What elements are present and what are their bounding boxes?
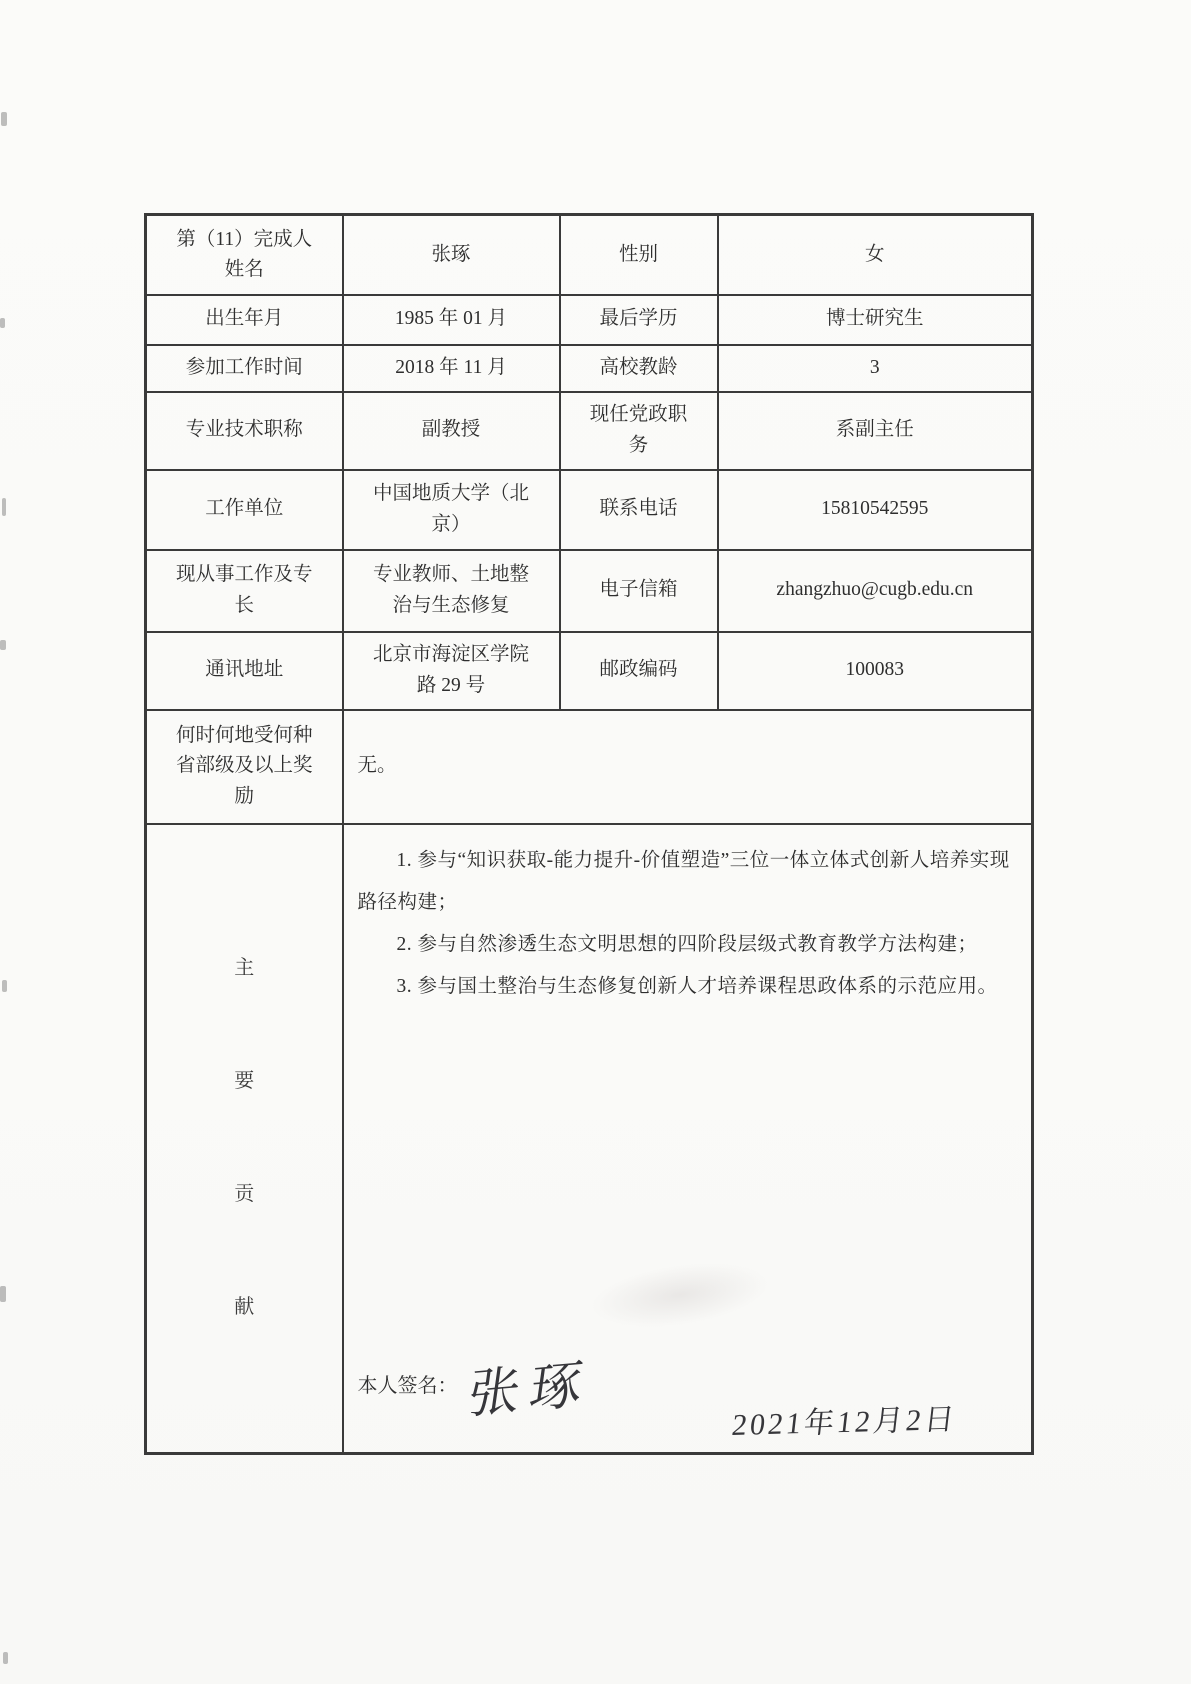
scan-artifact: [0, 318, 5, 328]
current-work-value: 专业教师、土地整治与生态修复: [343, 550, 560, 632]
main-contribution-label-stack: 主 要 贡 献: [147, 953, 342, 1323]
scanned-page: 第（11）完成人姓名 张琢 性别 女 出生年月 1985 年 01 月 最后学历…: [0, 0, 1191, 1684]
main-contribution-cell: 1. 参与“知识获取-能力提升-价值塑造”三位一体立体式创新人培养实现路径构建；…: [343, 824, 1033, 1454]
work-start-value: 2018 年 11 月: [343, 345, 560, 392]
scan-artifact: [2, 498, 6, 516]
scan-artifact: [0, 640, 6, 650]
table-row: 出生年月 1985 年 01 月 最后学历 博士研究生: [146, 295, 1033, 345]
contribution-text: 1. 参与“知识获取-能力提升-价值塑造”三位一体立体式创新人培养实现路径构建；…: [344, 825, 1032, 1008]
handwritten-signature: 张琢: [462, 1344, 597, 1437]
table-row: 通讯地址 北京市海淀区学院路 29 号 邮政编码 100083: [146, 632, 1033, 710]
contribution-paragraph-2: 2. 参与自然渗透生态文明思想的四阶段层级式教育教学方法构建；: [358, 924, 1018, 966]
contribution-label-char: 献: [234, 1292, 254, 1323]
main-contribution-label: 主 要 贡 献: [146, 824, 343, 1454]
postcode-label: 邮政编码: [560, 632, 718, 710]
scan-artifact: [3, 1652, 8, 1664]
gender-label: 性别: [560, 215, 718, 295]
completer-name-label: 第（11）完成人姓名: [146, 215, 343, 295]
address-value: 北京市海淀区学院路 29 号: [343, 632, 560, 710]
phone-label: 联系电话: [560, 470, 718, 550]
scan-artifact: [1, 112, 7, 126]
professional-title-value: 副教授: [343, 392, 560, 470]
contribution-label-char: 主: [234, 953, 254, 984]
current-work-label: 现从事工作及专长: [146, 550, 343, 632]
completer-info-table: 第（11）完成人姓名 张琢 性别 女 出生年月 1985 年 01 月 最后学历…: [144, 213, 1034, 1455]
professional-title-label: 专业技术职称: [146, 392, 343, 470]
table-row: 第（11）完成人姓名 张琢 性别 女: [146, 215, 1033, 295]
table-row: 参加工作时间 2018 年 11 月 高校教龄 3: [146, 345, 1033, 392]
party-post-value: 系副主任: [718, 392, 1033, 470]
birth-date-label: 出生年月: [146, 295, 343, 345]
awards-value: 无。: [343, 710, 1033, 824]
address-label: 通讯地址: [146, 632, 343, 710]
table-row: 工作单位 中国地质大学（北京） 联系电话 15810542595: [146, 470, 1033, 550]
contribution-label-char: 贡: [234, 1179, 254, 1210]
signature-row: 本人签名： 张琢: [358, 1365, 592, 1432]
email-label: 电子信箱: [560, 550, 718, 632]
postcode-value: 100083: [718, 632, 1033, 710]
phone-value: 15810542595: [718, 470, 1033, 550]
completer-name-value: 张琢: [343, 215, 560, 295]
work-start-label: 参加工作时间: [146, 345, 343, 392]
contribution-label-char: 要: [234, 1066, 254, 1097]
signature-label: 本人签名：: [358, 1365, 458, 1407]
contribution-paragraph-1: 1. 参与“知识获取-能力提升-价值塑造”三位一体立体式创新人培养实现路径构建；: [358, 840, 1018, 924]
table-row: 主 要 贡 献 1. 参与“知识获取-能力提升-价值塑造”三位一体立体式创新人培…: [146, 824, 1033, 1454]
employer-value: 中国地质大学（北京）: [343, 470, 560, 550]
gender-value: 女: [718, 215, 1033, 295]
birth-date-value: 1985 年 01 月: [343, 295, 560, 345]
handwritten-date: 2021年12月2日: [729, 1396, 959, 1449]
party-post-label: 现任党政职务: [560, 392, 718, 470]
table-row: 专业技术职称 副教授 现任党政职务 系副主任: [146, 392, 1033, 470]
contribution-content: 1. 参与“知识获取-能力提升-价值塑造”三位一体立体式创新人培养实现路径构建；…: [344, 825, 1032, 1451]
scan-artifact: [2, 980, 7, 992]
teaching-years-value: 3: [718, 345, 1033, 392]
contribution-paragraph-3: 3. 参与国土整治与生态修复创新人才培养课程思政体系的示范应用。: [358, 966, 1018, 1008]
email-value: zhangzhuo@cugb.edu.cn: [718, 550, 1033, 632]
table-row: 何时何地受何种省部级及以上奖励 无。: [146, 710, 1033, 824]
teaching-years-label: 高校教龄: [560, 345, 718, 392]
final-degree-value: 博士研究生: [718, 295, 1033, 345]
scan-artifact: [0, 1286, 6, 1302]
awards-label: 何时何地受何种省部级及以上奖励: [146, 710, 343, 824]
final-degree-label: 最后学历: [560, 295, 718, 345]
table-row: 现从事工作及专长 专业教师、土地整治与生态修复 电子信箱 zhangzhuo@c…: [146, 550, 1033, 632]
employer-label: 工作单位: [146, 470, 343, 550]
